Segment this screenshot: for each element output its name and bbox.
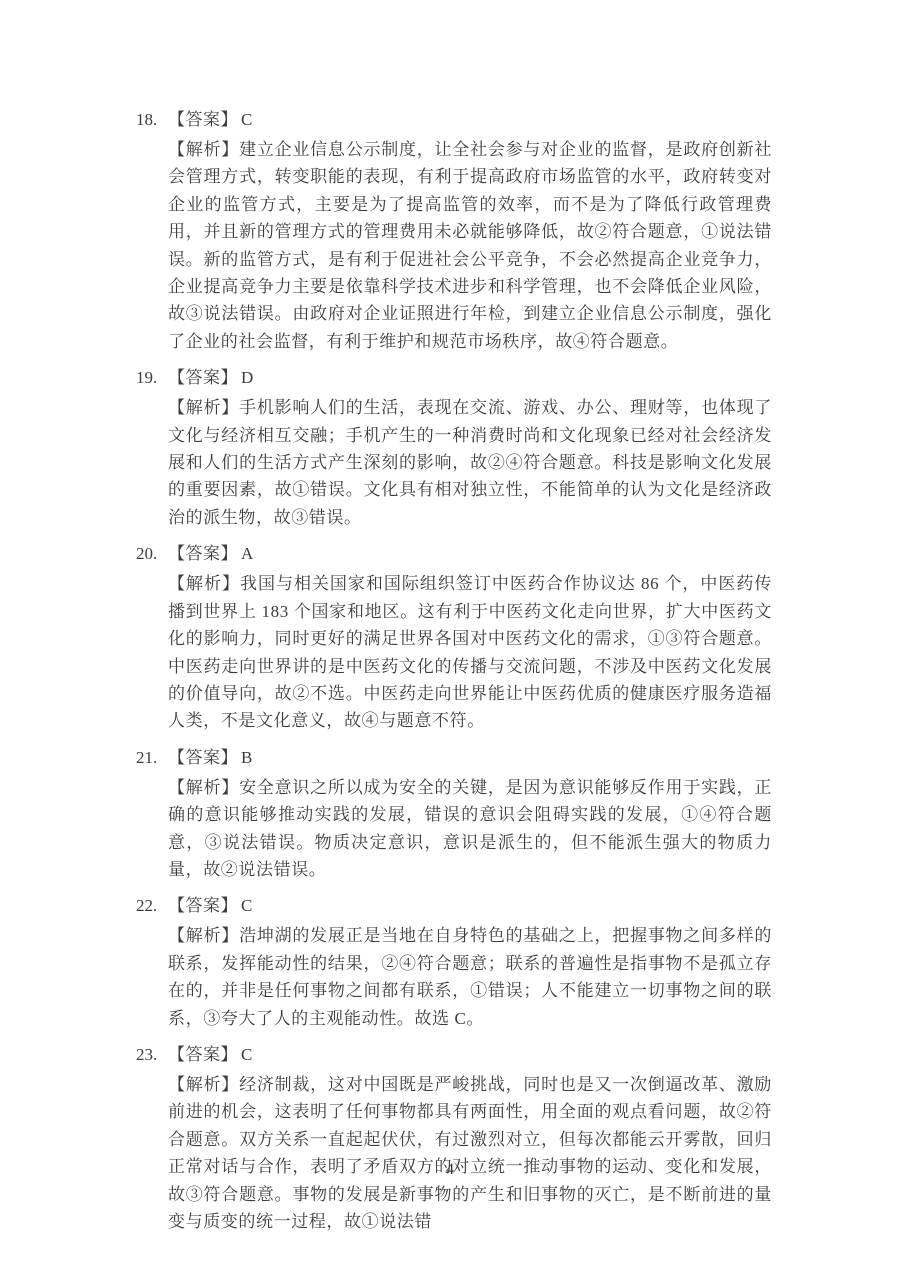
question-number: 20. <box>136 540 157 568</box>
question-number: 19. <box>136 364 157 392</box>
question-number: 22. <box>136 892 157 920</box>
analysis-text: 手机影响人们的生活，表现在交流、游戏、办公、理财等，也体现了文化与经济相互交融；… <box>168 398 772 527</box>
answer-label: 【答案】 <box>168 896 238 915</box>
analysis-paragraph: 【解析】手机影响人们的生活，表现在交流、游戏、办公、理财等，也体现了文化与经济相… <box>131 394 772 531</box>
answer-label: 【答案】 <box>168 110 238 129</box>
answer-line: 23.【答案】C <box>131 1041 772 1069</box>
answer-label: 【答案】 <box>168 544 238 563</box>
answer-line: 18.【答案】C <box>131 106 772 134</box>
question-block: 22.【答案】C 【解析】浩坤湖的发展正是当地在自身特色的基础之上，把握事物之间… <box>131 892 772 1032</box>
answer-key-section: 18.【答案】C 【解析】建立企业信息公示制度，让全社会参与对企业的监督，是政府… <box>131 106 772 1244</box>
answer-label: 【答案】 <box>168 748 238 767</box>
analysis-label: 【解析】 <box>168 778 239 797</box>
analysis-paragraph: 【解析】建立企业信息公示制度，让全社会参与对企业的监督，是政府创新社会管理方式，… <box>131 136 772 355</box>
answer-line: 21.【答案】B <box>131 744 772 772</box>
analysis-text: 经济制裁，这对中国既是严峻挑战，同时也是又一次倒逼改革、激励前进的机会，这表明了… <box>168 1075 772 1231</box>
question-block: 18.【答案】C 【解析】建立企业信息公示制度，让全社会参与对企业的监督，是政府… <box>131 106 772 355</box>
answer-letter: B <box>241 748 253 767</box>
analysis-paragraph: 【解析】安全意识之所以成为安全的关键，是因为意识能够反作用于实践，正确的意识能够… <box>131 774 772 884</box>
question-block: 21.【答案】B 【解析】安全意识之所以成为安全的关键，是因为意识能够反作用于实… <box>131 744 772 884</box>
analysis-label: 【解析】 <box>168 140 239 159</box>
question-block: 20.【答案】A 【解析】我国与相关国家和国际组织签订中医药合作协议达 86 个… <box>131 540 772 734</box>
page-number: 4 <box>0 1161 900 1179</box>
analysis-label: 【解析】 <box>168 398 239 417</box>
answer-label: 【答案】 <box>168 1045 238 1064</box>
question-block: 19.【答案】D 【解析】手机影响人们的生活，表现在交流、游戏、办公、理财等，也… <box>131 364 772 531</box>
answer-line: 20.【答案】A <box>131 540 772 568</box>
answer-letter: D <box>241 368 254 387</box>
question-block: 23.【答案】C 【解析】经济制裁，这对中国既是严峻挑战，同时也是又一次倒逼改革… <box>131 1041 772 1235</box>
document-page: 18.【答案】C 【解析】建立企业信息公示制度，让全社会参与对企业的监督，是政府… <box>0 0 900 1272</box>
analysis-paragraph: 【解析】我国与相关国家和国际组织签订中医药合作协议达 86 个，中医药传播到世界… <box>131 570 772 734</box>
analysis-text: 浩坤湖的发展正是当地在自身特色的基础之上，把握事物之间多样的联系，发挥能动性的结… <box>168 926 772 1027</box>
question-number: 23. <box>136 1041 157 1069</box>
analysis-text: 建立企业信息公示制度，让全社会参与对企业的监督，是政府创新社会管理方式，转变职能… <box>168 140 772 351</box>
analysis-paragraph: 【解析】经济制裁，这对中国既是严峻挑战，同时也是又一次倒逼改革、激励前进的机会，… <box>131 1071 772 1235</box>
answer-line: 22.【答案】C <box>131 892 772 920</box>
question-number: 18. <box>136 106 157 134</box>
analysis-label: 【解析】 <box>168 1075 239 1094</box>
question-number: 21. <box>136 744 157 772</box>
answer-line: 19.【答案】D <box>131 364 772 392</box>
analysis-label: 【解析】 <box>168 574 240 593</box>
answer-label: 【答案】 <box>168 368 238 387</box>
answer-letter: C <box>241 110 253 129</box>
analysis-label: 【解析】 <box>168 926 239 945</box>
answer-letter: C <box>241 896 253 915</box>
answer-letter: C <box>241 1045 253 1064</box>
analysis-paragraph: 【解析】浩坤湖的发展正是当地在自身特色的基础之上，把握事物之间多样的联系，发挥能… <box>131 922 772 1032</box>
analysis-text: 我国与相关国家和国际组织签订中医药合作协议达 86 个，中医药传播到世界上 18… <box>168 574 772 730</box>
answer-letter: A <box>241 544 254 563</box>
analysis-text: 安全意识之所以成为安全的关键，是因为意识能够反作用于实践，正确的意识能够推动实践… <box>168 778 772 879</box>
